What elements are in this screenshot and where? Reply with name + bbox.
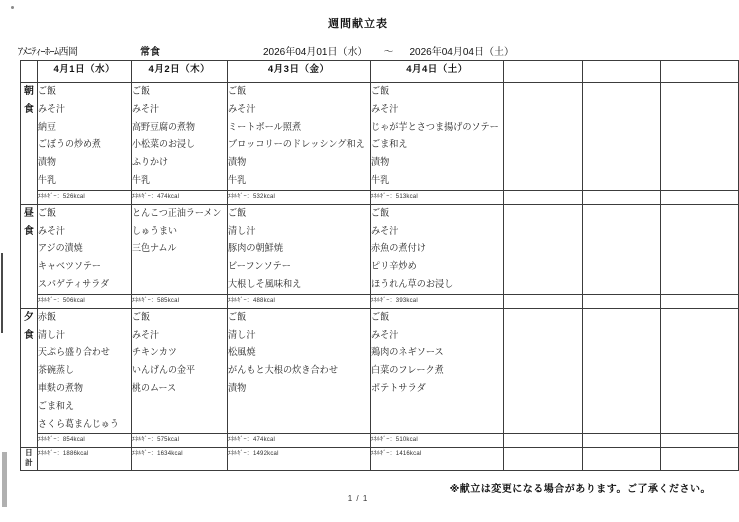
dinner-items-row: 夕食 赤飯清し汁天ぷら盛り合わせ茶碗蒸し車麩の煮物ごま和えさくら葛まんじゅう ご… (21, 308, 739, 434)
daily-total-day1: ｴﾈﾙｷﾞｰ：1886kcal (37, 448, 131, 471)
breakfast-energy-day2: ｴﾈﾙｷﾞｰ：474kcal (131, 190, 227, 204)
lunch-menu-day5 (504, 204, 582, 294)
lunch-energy-row: ｴﾈﾙｷﾞｰ：506kcal ｴﾈﾙｷﾞｰ：585kcal ｴﾈﾙｷﾞｰ：488… (21, 294, 739, 308)
dinner-section-label: 夕食 (21, 308, 38, 448)
period-end-date: 2026年04月04日（土） (410, 47, 515, 58)
page-title: 週間献立表 (0, 15, 716, 31)
scan-artifact-dot (11, 6, 14, 9)
lunch-menu-day7 (660, 204, 738, 294)
table-header-row: 4月1日（水） 4月2日（木） 4月3日（金） 4月4日（土） (21, 61, 739, 83)
breakfast-energy-day5 (504, 190, 582, 204)
dinner-energy-day6 (582, 434, 660, 448)
daily-total-day4: ｴﾈﾙｷﾞｰ：1416kcal (370, 448, 504, 471)
dinner-energy-row: ｴﾈﾙｷﾞｰ：854kcal ｴﾈﾙｷﾞｰ：575kcal ｴﾈﾙｷﾞｰ：474… (21, 434, 739, 448)
dinner-menu-day2: ご飯みそ汁チキンカツいんげんの金平桃のムース (131, 308, 227, 434)
dinner-energy-day5 (504, 434, 582, 448)
daily-total-day2: ｴﾈﾙｷﾞｰ：1634kcal (131, 448, 227, 471)
period-tilde: ～ (384, 43, 394, 58)
lunch-energy-day7 (660, 294, 738, 308)
daily-total-day3: ｴﾈﾙｷﾞｰ：1492kcal (227, 448, 370, 471)
breakfast-menu-day3: ご飯みそ汁ミートボール照煮ブロッコリーのドレッシング和え漬物牛乳 (227, 83, 370, 191)
breakfast-energy-day3: ｴﾈﾙｷﾞｰ：532kcal (227, 190, 370, 204)
lunch-energy-day4: ｴﾈﾙｷﾞｰ：393kcal (370, 294, 504, 308)
lunch-items-row: 昼食 ご飯みそ汁アジの漬焼キャベツソテースパゲティサラダ とんこつ正油ラーメンし… (21, 204, 739, 294)
breakfast-menu-day7 (660, 83, 738, 191)
day-header-6 (582, 61, 660, 83)
lunch-energy-day2: ｴﾈﾙｷﾞｰ：585kcal (131, 294, 227, 308)
day-header-7 (660, 61, 738, 83)
breakfast-energy-day1: ｴﾈﾙｷﾞｰ：526kcal (37, 190, 131, 204)
daily-total-label: 日計 (21, 448, 38, 471)
breakfast-menu-day4: ご飯みそ汁じゃが芋とさつま揚げのソテーごま和え漬物牛乳 (370, 83, 504, 191)
dinner-menu-day5 (504, 308, 582, 434)
dinner-menu-day4: ご飯みそ汁鶏肉のネギソース白菜のフレーク煮ポテトサラダ (370, 308, 504, 434)
breakfast-items-row: 朝食 ご飯みそ汁納豆ごぼうの炒め煮漬物牛乳 ご飯みそ汁高野豆腐の煮物小松菜のお浸… (21, 83, 739, 191)
daily-total-day5 (504, 448, 582, 471)
day-header-5 (504, 61, 582, 83)
day-header-2: 4月2日（木） (131, 61, 227, 83)
lunch-energy-day3: ｴﾈﾙｷﾞｰ：488kcal (227, 294, 370, 308)
dinner-menu-day6 (582, 308, 660, 434)
dinner-menu-day3: ご飯清し汁松風焼がんもと大根の炊き合わせ漬物 (227, 308, 370, 434)
daily-total-day7 (660, 448, 738, 471)
dinner-energy-day7 (660, 434, 738, 448)
scanned-menu-document: 週間献立表 ｱﾒﾆﾃｨｰﾎｰﾑ西岡 常食 2026年04月01日（水）～2026… (0, 0, 739, 522)
facility-name: ｱﾒﾆﾃｨｰﾎｰﾑ西岡 (18, 43, 78, 58)
day-header-4: 4月4日（土） (370, 61, 504, 83)
lunch-energy-day5 (504, 294, 582, 308)
lunch-menu-day2: とんこつ正油ラーメンしゅうまい三色ナムル (131, 204, 227, 294)
daily-total-row: 日計 ｴﾈﾙｷﾞｰ：1886kcal ｴﾈﾙｷﾞｰ：1634kcal ｴﾈﾙｷﾞ… (21, 448, 739, 471)
scan-artifact-line (1, 253, 3, 333)
breakfast-section-label: 朝食 (21, 83, 38, 205)
corner-cell (21, 61, 38, 83)
breakfast-energy-day4: ｴﾈﾙｷﾞｰ：513kcal (370, 190, 504, 204)
dinner-menu-day7 (660, 308, 738, 434)
lunch-energy-day6 (582, 294, 660, 308)
footer-note: ※献立は変更になる場合があります。ご了承ください。 (450, 480, 711, 495)
dinner-energy-day3: ｴﾈﾙｷﾞｰ：474kcal (227, 434, 370, 448)
breakfast-energy-day6 (582, 190, 660, 204)
breakfast-menu-day2: ご飯みそ汁高野豆腐の煮物小松菜のお浸しふりかけ牛乳 (131, 83, 227, 191)
lunch-section-label: 昼食 (21, 204, 38, 308)
meal-type-label: 常食 (140, 43, 160, 58)
lunch-menu-day4: ご飯みそ汁赤魚の煮付けピリ辛炒めほうれん草のお浸し (370, 204, 504, 294)
period-start-date: 2026年04月01日（水） (263, 47, 368, 58)
breakfast-menu-day6 (582, 83, 660, 191)
lunch-menu-day6 (582, 204, 660, 294)
weekly-menu-table: 4月1日（水） 4月2日（木） 4月3日（金） 4月4日（土） 朝食 ご飯みそ汁… (20, 60, 739, 471)
breakfast-menu-day5 (504, 83, 582, 191)
breakfast-menu-day1: ご飯みそ汁納豆ごぼうの炒め煮漬物牛乳 (37, 83, 131, 191)
dinner-menu-day1: 赤飯清し汁天ぷら盛り合わせ茶碗蒸し車麩の煮物ごま和えさくら葛まんじゅう (37, 308, 131, 434)
dinner-energy-day4: ｴﾈﾙｷﾞｰ：510kcal (370, 434, 504, 448)
lunch-menu-day3: ご飯清し汁豚肉の朝鮮焼ビーフンソテー大根しそ風味和え (227, 204, 370, 294)
lunch-menu-day1: ご飯みそ汁アジの漬焼キャベツソテースパゲティサラダ (37, 204, 131, 294)
dinner-energy-day1: ｴﾈﾙｷﾞｰ：854kcal (37, 434, 131, 448)
day-header-1: 4月1日（水） (37, 61, 131, 83)
lunch-energy-day1: ｴﾈﾙｷﾞｰ：506kcal (37, 294, 131, 308)
breakfast-energy-day7 (660, 190, 738, 204)
breakfast-energy-row: ｴﾈﾙｷﾞｰ：526kcal ｴﾈﾙｷﾞｰ：474kcal ｴﾈﾙｷﾞｰ：532… (21, 190, 739, 204)
period-range: 2026年04月01日（水）～2026年04月04日（土） (263, 43, 514, 58)
dinner-energy-day2: ｴﾈﾙｷﾞｰ：575kcal (131, 434, 227, 448)
page-number: 1 / 1 (0, 494, 716, 503)
day-header-3: 4月3日（金） (227, 61, 370, 83)
daily-total-day6 (582, 448, 660, 471)
